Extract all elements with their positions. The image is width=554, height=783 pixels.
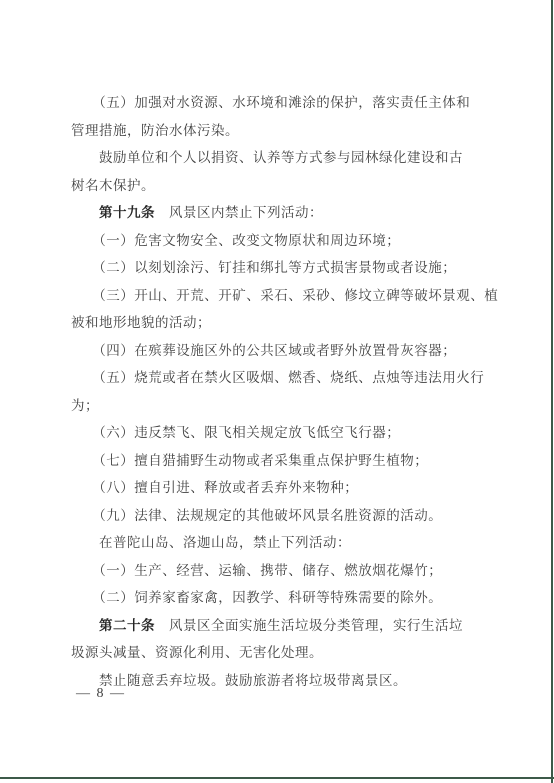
page-edge-bottom [0, 777, 554, 779]
text-line: （五）加强对水资源、水环境和滩涂的保护，落实责任主体和 [71, 89, 521, 117]
text-line: 在普陀山岛、洛迦山岛，禁止下列活动： [71, 529, 521, 557]
text-line: 鼓励单位和个人以捐资、认养等方式参与园林绿化建设和古 [71, 144, 521, 172]
text-line: 第二十条 风景区全面实施生活垃圾分类管理，实行生活垃 [71, 612, 521, 640]
text-block: （五）加强对水资源、水环境和滩涂的保护，落实责任主体和 管理措施，防治水体污染。… [71, 89, 521, 694]
line-text: 风景区内禁止下列活动： [155, 205, 323, 220]
page-number: — 8 — [76, 684, 126, 704]
text-line: （三）开山、开荒、开矿、采石、采砂、修坟立碑等破坏景观、植 [71, 282, 521, 310]
text-line: （二）饲养家畜家禽，因教学、科研等特殊需要的除外。 [71, 584, 521, 612]
article-20-heading: 第二十条 [71, 618, 155, 633]
text-line: 为； [71, 392, 521, 420]
text-line: （七）擅自猎捕野生动物或者采集重点保护野生植物； [71, 447, 521, 475]
text-line: 被和地形地貌的活动； [71, 309, 521, 337]
text-line: 树名木保护。 [71, 172, 521, 200]
text-line: 第十九条 风景区内禁止下列活动： [71, 199, 521, 227]
text-line: 禁止随意丢弃垃圾。鼓励旅游者将垃圾带离景区。 [71, 667, 521, 695]
text-line: （一）危害文物安全、改变文物原状和周边环境； [71, 227, 521, 255]
text-line: （一）生产、经营、运输、携带、储存、燃放烟花爆竹； [71, 557, 521, 585]
article-19-heading: 第十九条 [71, 205, 155, 220]
text-line: （二）以刻划涂污、钉挂和绑扎等方式损害景物或者设施； [71, 254, 521, 282]
text-line: （九）法律、法规规定的其他破坏风景名胜资源的活动。 [71, 502, 521, 530]
text-line: 圾源头减量、资源化利用、无害化处理。 [71, 639, 521, 667]
text-line: （八）擅自引进、释放或者丢弃外来物种； [71, 474, 521, 502]
text-line: （四）在殡葬设施区外的公共区域或者野外放置骨灰容器； [71, 337, 521, 365]
text-line: （五）烧荒或者在禁火区吸烟、燃香、烧纸、点烛等违法用火行 [71, 364, 521, 392]
page-edge-right [551, 0, 553, 783]
line-text: 风景区全面实施生活垃圾分类管理，实行生活垃 [155, 618, 463, 633]
text-line: 管理措施，防治水体污染。 [71, 117, 521, 145]
text-line: （六）违反禁飞、限飞相关规定放飞低空飞行器； [71, 419, 521, 447]
document-page: （五）加强对水资源、水环境和滩涂的保护，落实责任主体和 管理措施，防治水体污染。… [0, 0, 554, 783]
